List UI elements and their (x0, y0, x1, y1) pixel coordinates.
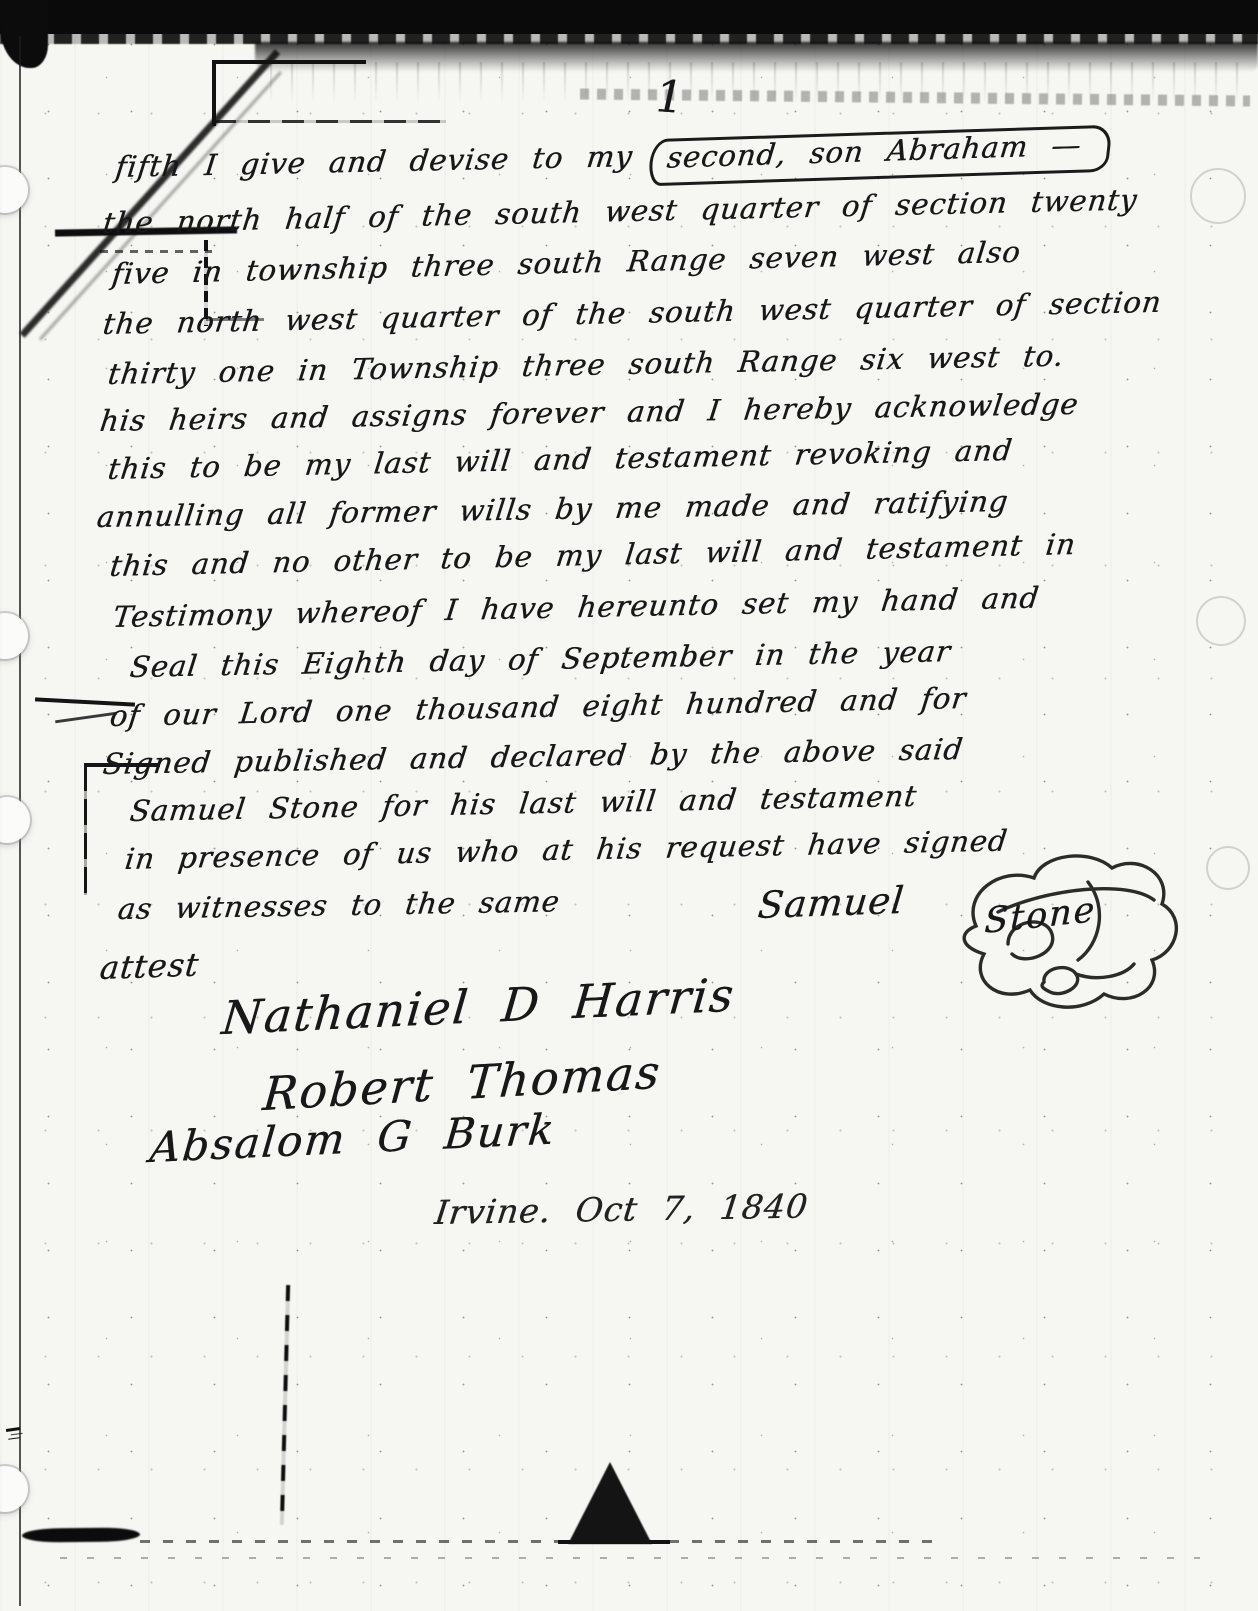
scan-artifact-box-bottom (214, 120, 446, 123)
scan-artifact-margin-scribble-2 (55, 712, 117, 724)
circled-phrase: second, son Abraham — (647, 125, 1113, 187)
scanned-will-page: 1 fifth I give and devise to mysecond, s… (0, 0, 1258, 1611)
scan-artifact-bottom-smudge (22, 1527, 140, 1542)
scan-artifact-smear-band (255, 42, 1258, 72)
testator-signature-first: Samuel (756, 880, 906, 928)
scan-artifact-bottom-dotline-2 (60, 1557, 1200, 1559)
scan-artifact-vertical-streak (280, 1285, 290, 1525)
scan-artifact-smear-drips (270, 62, 1250, 104)
attest-label: attest (98, 946, 201, 986)
scan-artifact-triangle-blot (568, 1462, 652, 1544)
seal-flourish: Stone (938, 848, 1188, 1028)
page-number: 1 (650, 72, 690, 124)
scan-artifact-top-bar-fuzz (0, 32, 1258, 44)
witness-signature-1: Nathaniel D Harris (219, 969, 737, 1045)
seal-flourish-drawing (938, 848, 1188, 1028)
scan-artifact-top-bar (0, 0, 1258, 34)
will-line-1: fifth I give and devise to mysecond, son… (112, 127, 1113, 195)
will-line-16: as witnesses to the same (116, 885, 562, 926)
will-line-7: this to be my last will and testament re… (106, 434, 1014, 486)
will-line-9: this and no other to be my last will and… (108, 528, 1078, 583)
will-line-5: thirty one in Township three south Range… (106, 340, 1066, 392)
probate-dateline: Irvine. Oct 7, 1840 (433, 1187, 811, 1232)
punch-hole-2 (0, 613, 28, 659)
punch-hole-4 (0, 1466, 28, 1512)
scan-artifact-bottom-dotline-1 (140, 1540, 940, 1543)
punch-hole-1 (0, 167, 28, 213)
will-line-10: Testimony whereof I have hereunto set my… (111, 582, 1041, 635)
witness-signature-3: Absalom G Burk (148, 1105, 558, 1172)
punch-hole-ghost-2 (1196, 596, 1246, 646)
scan-artifact-triangle-base (558, 1540, 670, 1544)
scan-artifact-box-vertical (212, 60, 216, 126)
scan-artifact-corner-blob (0, 0, 48, 68)
will-line-6: his heirs and assigns forever and I here… (98, 388, 1081, 439)
will-line-12: of our Lord one thousand eight hundred a… (108, 682, 968, 733)
will-line-4: the north west quarter of the south west… (101, 286, 1164, 342)
will-line-14: Samuel Stone for his last will and testa… (128, 780, 919, 829)
scan-artifact-bracket-dashes (100, 250, 212, 253)
punch-hole-ghost-3 (1206, 846, 1250, 890)
scan-artifact-edge-mark (6, 1427, 20, 1432)
scan-artifact-box-top (214, 60, 366, 64)
will-line-15: in presence of us who at his request hav… (123, 824, 1010, 876)
punch-hole-3 (0, 797, 30, 843)
scan-artifact-corner-bracket-v (84, 765, 87, 895)
will-line-11: Seal this Eighth day of September in the… (128, 635, 953, 684)
will-line-3: five in township three south Range seven… (110, 236, 1023, 292)
will-line-13: Signed published and declared by the abo… (101, 733, 965, 781)
punch-hole-ghost-1 (1190, 168, 1246, 224)
will-line-1-text: fifth I give and devise to my (114, 139, 635, 184)
will-line-8: annulling all former wills by me made an… (95, 485, 1010, 534)
